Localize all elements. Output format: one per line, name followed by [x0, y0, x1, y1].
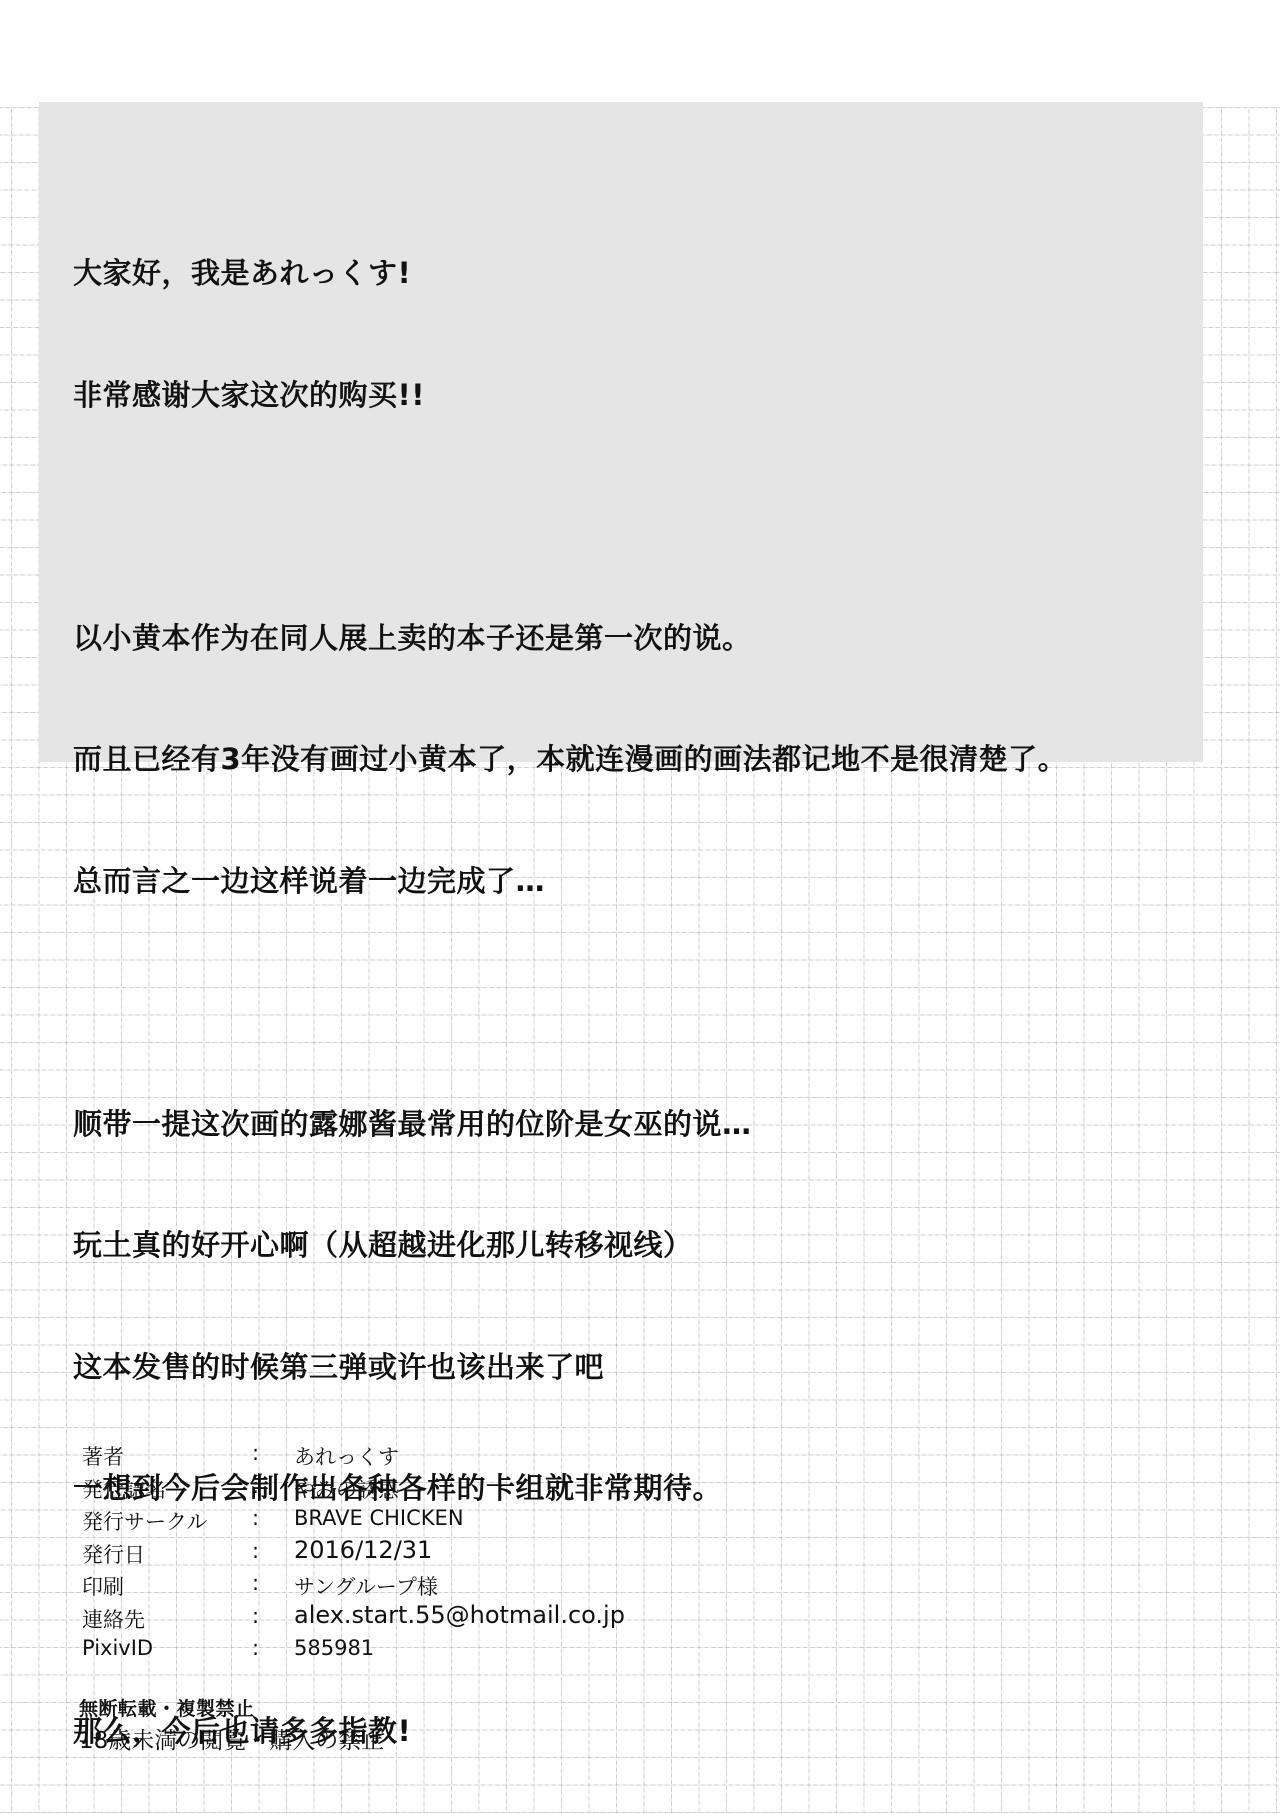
- colophon-separator: :: [252, 1539, 259, 1563]
- afterword-line: 非常感谢大家这次的购买!!: [73, 375, 1067, 416]
- colophon-separator: :: [252, 1441, 259, 1465]
- colophon-value: BRAVE CHICKEN: [294, 1506, 464, 1530]
- afterword-line: 玩土真的好开心啊（从超越进化那儿转移视线）: [73, 1225, 1067, 1266]
- afterword-text: 大家好，我是あれっくす! 非常感谢大家这次的购买!! 以小黄本作为在同人展上卖的…: [73, 172, 1067, 1792]
- afterword-line: 总而言之一边这样说着一边完成了…: [73, 861, 1067, 902]
- colophon-separator: :: [252, 1604, 259, 1628]
- colophon-email: alex.start.55@hotmail.co.jp: [294, 1601, 625, 1629]
- colophon-label: 連絡先: [82, 1604, 145, 1634]
- colophon-value: あれっくす: [294, 1441, 399, 1471]
- colophon-value: 2016/12/31: [294, 1536, 432, 1564]
- colophon-separator: :: [252, 1571, 259, 1595]
- afterword-line: 而且已经有3年没有画过小黄本了，本就连漫画的画法都记地不是很清楚了。: [73, 739, 1067, 780]
- notices: 無断転載・複製禁止 18歳未満の閲覧・購入の禁止: [79, 1693, 384, 1757]
- colophon-label: 発行日: [82, 1539, 145, 1569]
- afterword-line: 以小黄本作为在同人展上卖的本子还是第一次的说。: [73, 618, 1067, 659]
- colophon-label: 発行サークル: [82, 1506, 207, 1536]
- colophon-label: PixivID: [82, 1636, 153, 1660]
- colophon-value: サングループ様: [294, 1571, 438, 1601]
- age-notice: 18歳未満の閲覧・購入の禁止: [79, 1725, 384, 1757]
- paragraph-gap: [73, 496, 1067, 537]
- colophon-separator: :: [252, 1636, 259, 1660]
- paragraph-gap: [73, 982, 1067, 1023]
- reprint-notice: 無断転載・複製禁止: [79, 1693, 384, 1725]
- afterword-line: 一想到今后会制作出各种各样的卡组就非常期待。: [73, 1468, 1067, 1509]
- colophon-label: 著者: [82, 1441, 124, 1471]
- afterword-line: 顺带一提这次画的露娜酱最常用的位阶是女巫的说…: [73, 1104, 1067, 1145]
- colophon-value: やみの誘惑: [294, 1474, 399, 1504]
- colophon-separator: :: [252, 1506, 259, 1530]
- colophon-value: 585981: [294, 1636, 374, 1660]
- colophon-label: 発行誌名: [82, 1474, 166, 1504]
- colophon-label: 印刷: [82, 1571, 124, 1601]
- afterword-line: 这本发售的时候第三弹或许也该出来了吧: [73, 1347, 1067, 1388]
- afterword-line: 大家好，我是あれっくす!: [73, 253, 1067, 294]
- colophon-separator: :: [252, 1474, 259, 1498]
